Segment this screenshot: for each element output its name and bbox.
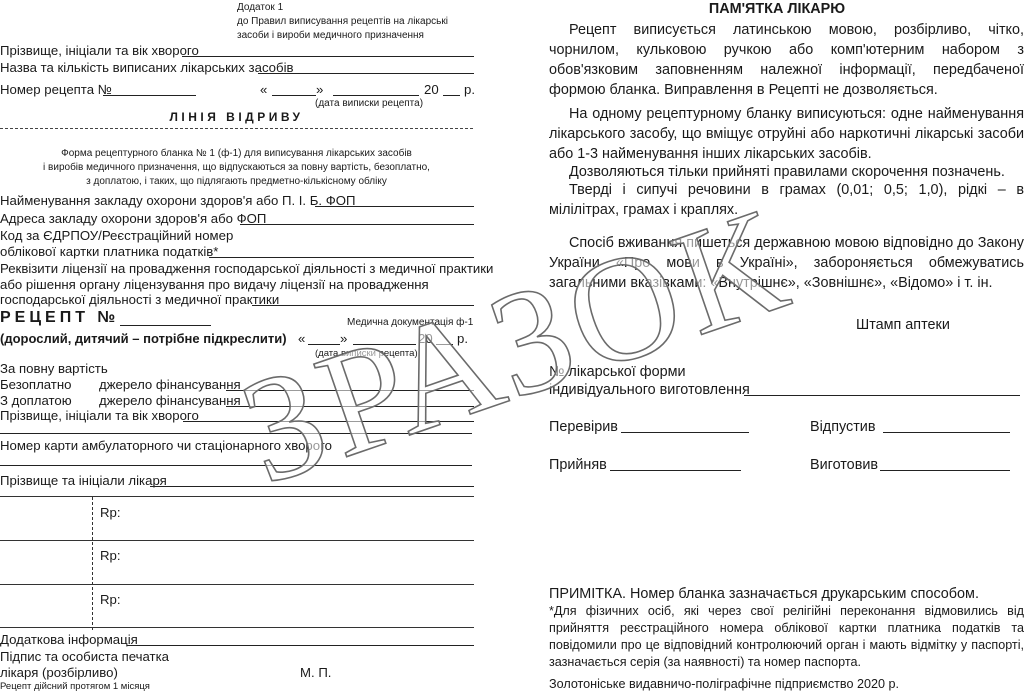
- rp-table-divider: [92, 497, 93, 630]
- tear-line-label: ЛІНІЯ ВІДРИВУ: [0, 110, 473, 124]
- memo-paragraph-2: На одному рецептурному бланку виписуютьс…: [549, 104, 1024, 164]
- recipe-title: РЕЦЕПТ №: [0, 309, 119, 327]
- memo-paragraph-4: Тверді і сипучі речовини в грамах (0,01;…: [549, 180, 1024, 220]
- card-number-label: Номер карти амбулаторного чи стаціонарно…: [0, 438, 332, 454]
- license-label-line2: або рішення органу ліцензування про вида…: [0, 277, 429, 293]
- edrpou-field[interactable]: [209, 257, 474, 258]
- edrpou-label-line2: облікової картки платника податків*: [0, 244, 218, 260]
- note-label: ПРИМІТКА. Номер бланка зазначається друк…: [549, 585, 979, 603]
- institution-address-field[interactable]: [240, 224, 474, 225]
- patient-field-extra[interactable]: [0, 433, 472, 434]
- stub-month-field[interactable]: [333, 95, 419, 96]
- prepared-label: Виготовив: [810, 455, 878, 475]
- signature-label-line2: лікаря (розбірливо): [0, 665, 118, 681]
- appendix-line1: до Правил виписування рецептів на лікарс…: [237, 15, 448, 28]
- free-funding-field[interactable]: [226, 390, 474, 391]
- received-field[interactable]: [610, 470, 741, 471]
- publisher: Золотоніське видавничо-поліграфічне підп…: [549, 676, 899, 692]
- stub-day-field[interactable]: [272, 95, 316, 96]
- copay-funding-label: джерело фінансування: [99, 393, 241, 409]
- stub-patient-field[interactable]: [182, 56, 474, 57]
- patient-label: Прізвище, ініціали та вік хворого: [0, 408, 199, 424]
- rp-table-top: [0, 496, 474, 497]
- rp-field-2[interactable]: [95, 543, 474, 581]
- adult-child-label: (дорослий, дитячий – потрібне підкреслит…: [0, 331, 287, 346]
- appendix-title: Додаток 1: [237, 1, 283, 14]
- checked-field[interactable]: [621, 432, 749, 433]
- signature-label-line1: Підпис та особиста печатка: [0, 649, 169, 665]
- med-doc-label: Медична документація ф-1: [347, 316, 473, 329]
- doctor-label: Прізвище та ініціали лікаря: [0, 473, 167, 489]
- memo-paragraph-1: Рецепт виписується латинською мовою, роз…: [549, 20, 1024, 100]
- institution-name-label: Найменування закладу охорони здоров'я аб…: [0, 193, 356, 209]
- card-number-field[interactable]: [0, 465, 472, 466]
- copay-option[interactable]: З доплатою: [0, 393, 72, 409]
- dispensed-field[interactable]: [883, 432, 1010, 433]
- rp-field-1[interactable]: [95, 500, 474, 538]
- dispensed-label: Відпустив: [810, 417, 876, 437]
- form-desc-line3: з доплатою, і таких, що підлягають предм…: [0, 175, 473, 188]
- stub-date-open: «: [260, 82, 267, 98]
- stub-date-close: »: [316, 82, 323, 98]
- stub-date-caption: (дата виписки рецепта): [315, 97, 423, 110]
- stub-number-field[interactable]: [103, 95, 196, 96]
- day-field[interactable]: [308, 344, 340, 345]
- year-field[interactable]: [436, 344, 453, 345]
- free-funding-label: джерело фінансування: [99, 377, 241, 393]
- doctor-field[interactable]: [150, 486, 474, 487]
- license-label-line3: господарської діяльності з медичної прак…: [0, 292, 279, 308]
- stub-year-field[interactable]: [443, 95, 460, 96]
- form-no-label-line2: індивідуального виготовлення: [549, 380, 750, 400]
- license-field[interactable]: [252, 305, 474, 306]
- date-caption: (дата виписки рецепта): [315, 348, 418, 360]
- free-option[interactable]: Безоплатно: [0, 377, 71, 393]
- recipe-number-field[interactable]: [120, 325, 211, 326]
- month-field[interactable]: [353, 344, 416, 345]
- prepared-field[interactable]: [880, 470, 1010, 471]
- institution-address-label: Адреса закладу охорони здоров'я або ФОП: [0, 211, 266, 227]
- seal-label: М. П.: [300, 665, 331, 681]
- pharmacy-stamp-label: Штамп аптеки: [856, 315, 950, 335]
- stub-year-prefix: 20: [424, 82, 439, 98]
- year-prefix: 20: [418, 331, 433, 347]
- year-suffix: р.: [457, 331, 468, 347]
- form-desc-line2: і виробів медичного призначення, що відп…: [0, 161, 473, 174]
- full-price-option[interactable]: За повну вартість: [0, 361, 108, 377]
- date-close: »: [340, 331, 347, 347]
- memo-paragraph-5: Спосіб вживання пишеться державною мовою…: [549, 233, 1024, 293]
- rp-table-bottom: [0, 627, 474, 628]
- copay-funding-field[interactable]: [226, 406, 474, 407]
- validity-note: Рецепт дійсний протягом 1 місяця: [0, 681, 150, 693]
- tear-line: [0, 128, 473, 129]
- rp-row-divider-1: [0, 540, 474, 541]
- stub-number-label: Номер рецепта №: [0, 82, 112, 98]
- rp-field-3[interactable]: [95, 587, 474, 625]
- appendix-line2: засоби і вироби медичного призначення: [237, 29, 424, 42]
- stub-patient-label: Прізвище, ініціали та вік хворого: [0, 43, 199, 59]
- institution-name-field[interactable]: [315, 206, 474, 207]
- stub-drugs-field[interactable]: [258, 73, 474, 74]
- edrpou-label-line1: Код за ЄДРПОУ/Реєстраційний номер: [0, 228, 233, 244]
- stub-drugs-label: Назва та кількість виписаних лікарських …: [0, 60, 294, 76]
- license-label-line1: Реквізити ліцензії на провадження господ…: [0, 261, 493, 277]
- footnote: *Для фізичних осіб, які через свої реліг…: [549, 603, 1024, 671]
- form-no-field[interactable]: [744, 395, 1020, 396]
- memo-title: ПАМ'ЯТКА ЛІКАРЮ: [530, 1, 1024, 17]
- extra-info-label: Додаткова інформація: [0, 632, 138, 648]
- received-label: Прийняв: [549, 455, 607, 475]
- checked-label: Перевірив: [549, 417, 618, 437]
- stub-year-suffix: р.: [464, 82, 475, 98]
- extra-info-field[interactable]: [127, 645, 474, 646]
- date-open: «: [298, 331, 305, 347]
- rp-row-divider-2: [0, 584, 474, 585]
- form-no-label-line1: № лікарської форми: [549, 362, 686, 382]
- form-desc-line1: Форма рецептурного бланка № 1 (ф-1) для …: [0, 147, 473, 160]
- patient-field[interactable]: [183, 421, 474, 422]
- memo-paragraph-3: Дозволяються тільки прийняті правилами с…: [549, 162, 1024, 182]
